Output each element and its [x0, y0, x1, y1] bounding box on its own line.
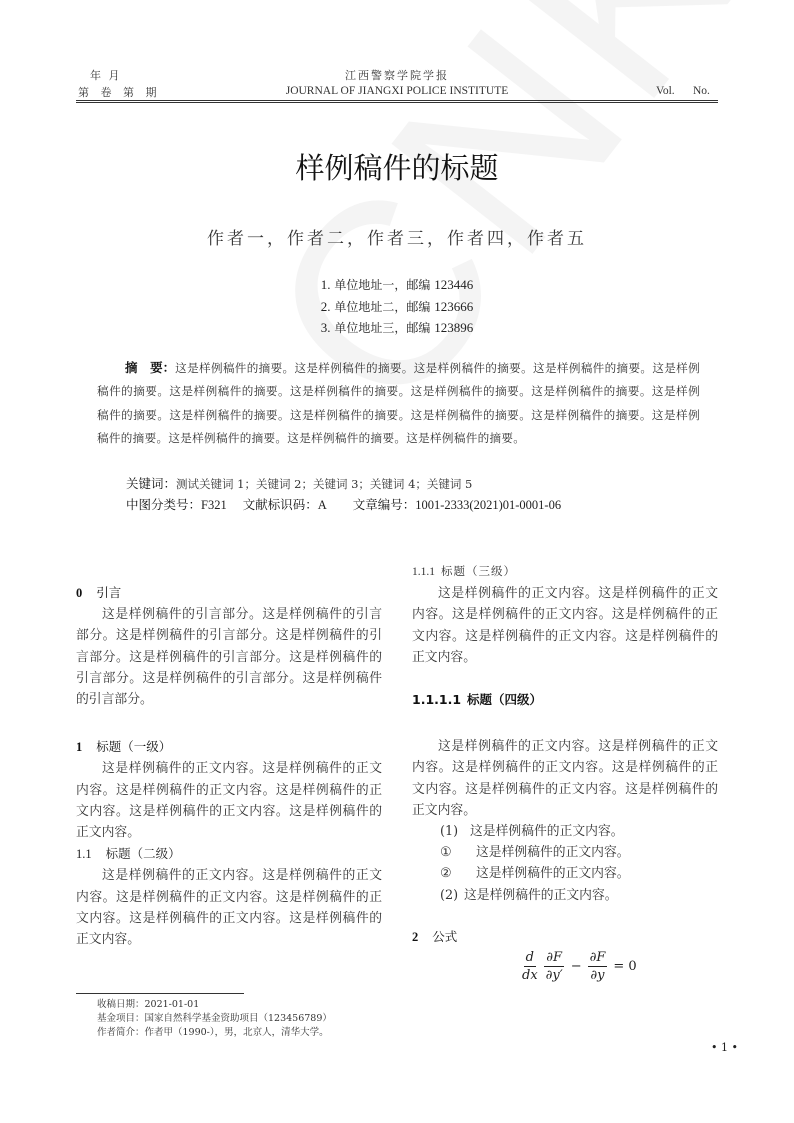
- section-heading-1-1-1: 1.1.1标题（三级）: [412, 561, 718, 583]
- abstract-label: 摘 要：: [125, 360, 175, 375]
- author-list: 作者一，作者二，作者三，作者四，作者五: [0, 224, 794, 249]
- paper-title: 样例稿件的标题: [0, 146, 794, 187]
- section-heading-1-1-1-1: 1.1.1.1标题（四级）: [412, 689, 718, 710]
- classification-line: 中图分类号：F321 文献标识码：A 文章编号：1001-2333(2021)0…: [126, 495, 561, 513]
- section-heading-2: 2公式: [412, 926, 718, 948]
- section-heading-0: 0引言: [76, 582, 382, 604]
- affiliation-1: 1. 单位地址一，邮编 123446: [0, 276, 794, 293]
- right-column: 1.1.1标题（三级） 这是样例稿件的正文内容。这是样例稿件的正文内容。这是样例…: [412, 561, 718, 984]
- footnote-funding: 基金项目：国家自然科学基金资助项目（123456789）: [97, 1012, 332, 1026]
- formula-euler-lagrange: ddx ∂F∂y′ − ∂F∂y = 0: [518, 950, 718, 984]
- keywords-text: 测试关键词 1；关键词 2；关键词 3；关键词 4；关键词 5: [176, 477, 472, 491]
- header-no: No.: [693, 85, 710, 97]
- list-item: (1)这是样例稿件的正文内容。: [412, 821, 718, 842]
- header-rule-top: [76, 100, 718, 101]
- page-number: • 1 •: [711, 1041, 738, 1054]
- left-column: 0引言 这是样例稿件的引言部分。这是样例稿件的引言部分。这是样例稿件的引言部分。…: [76, 582, 382, 950]
- affiliation-3: 3. 单位地址三，邮编 123896: [0, 319, 794, 336]
- affiliation-2: 2. 单位地址二，邮编 123666: [0, 298, 794, 315]
- list-item: ②这是样例稿件的正文内容。: [412, 863, 718, 884]
- section-1-1-1-paragraph: 这是样例稿件的正文内容。这是样例稿件的正文内容。这是样例稿件的正文内容。这是样例…: [412, 583, 718, 668]
- keywords: 关键词：测试关键词 1；关键词 2；关键词 3；关键词 4；关键词 5: [126, 474, 472, 492]
- footnote-received-date: 收稿日期：2021-01-01: [97, 998, 199, 1012]
- clc-value: F321: [201, 498, 227, 512]
- section-1-1-paragraph: 这是样例稿件的正文内容。这是样例稿件的正文内容。这是样例稿件的正文内容。这是样例…: [76, 865, 382, 950]
- intro-paragraph: 这是样例稿件的引言部分。这是样例稿件的引言部分。这是样例稿件的引言部分。这是样例…: [76, 604, 382, 710]
- section-1-paragraph: 这是样例稿件的正文内容。这是样例稿件的正文内容。这是样例稿件的正文内容。这是样例…: [76, 758, 382, 843]
- abstract: 摘 要：这是样例稿件的摘要。这是样例稿件的摘要。这是样例稿件的摘要。这是样例稿件…: [97, 356, 700, 450]
- journal-name-cn: 江西警察学院学报: [0, 67, 794, 83]
- header-rule-bottom: [76, 102, 718, 103]
- doc-code-value: A: [318, 498, 327, 512]
- article-number-value: 1001-2333(2021)01-0001-06: [415, 498, 561, 512]
- section-heading-1-1: 1.1标题（二级）: [76, 843, 382, 865]
- header-vol: Vol.: [656, 85, 675, 97]
- list-item: ①这是样例稿件的正文内容。: [412, 842, 718, 863]
- abstract-text: 这是样例稿件的摘要。这是样例稿件的摘要。这是样例稿件的摘要。这是样例稿件的摘要。…: [97, 361, 700, 445]
- keywords-label: 关键词：: [126, 476, 176, 491]
- list-item: (2)这是样例稿件的正文内容。: [412, 885, 718, 906]
- section-heading-1: 1标题（一级）: [76, 736, 382, 758]
- footnote-author-bio: 作者简介：作者甲（1990-），男，北京人，清华大学。: [97, 1026, 329, 1040]
- section-1-1-1-1-paragraph: 这是样例稿件的正文内容。这是样例稿件的正文内容。这是样例稿件的正文内容。这是样例…: [412, 736, 718, 821]
- footnote-rule: [76, 993, 244, 994]
